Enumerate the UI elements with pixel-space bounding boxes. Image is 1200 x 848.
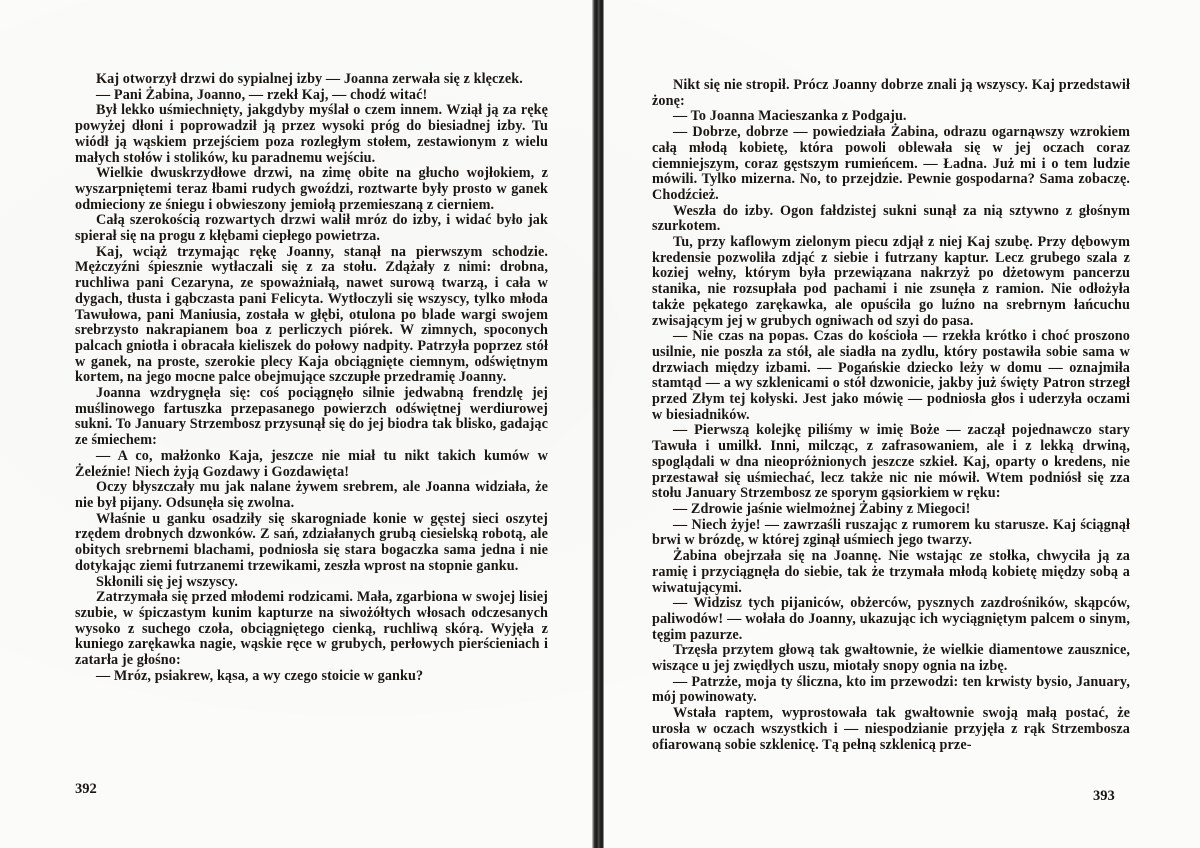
paragraph: Całą szerokością rozwartych drzwi walił … bbox=[75, 213, 548, 244]
paragraph: — Pierwszą kolejkę piliśmy w imię Boże —… bbox=[652, 423, 1130, 502]
paragraph: — Nie czas na popas. Czas do kościoła — … bbox=[652, 329, 1130, 423]
paragraph: Zatrzymała się przed młodemi rodzicami. … bbox=[75, 590, 548, 669]
paragraph: Weszła do izby. Ogon fałdzistej sukni su… bbox=[652, 204, 1130, 235]
paragraph: Kaj, wciąż trzymając rękę Joanny, stanął… bbox=[75, 245, 548, 386]
right-page-text: Nikt się nie stropił. Prócz Joanny dobrz… bbox=[652, 78, 1130, 753]
paragraph: — Mróz, psiakrew, kąsa, a wy czego stoic… bbox=[75, 669, 548, 685]
left-page-text: Kaj otworzył drzwi do sypialnej izby — J… bbox=[75, 72, 548, 684]
book-spine-gutter bbox=[592, 0, 604, 848]
paragraph: Tu, przy kaflowym zielonym piecu zdjął z… bbox=[652, 235, 1130, 329]
right-page: Nikt się nie stropił. Prócz Joanny dobrz… bbox=[652, 0, 1130, 753]
paragraph: Nikt się nie stropił. Prócz Joanny dobrz… bbox=[652, 78, 1130, 109]
paragraph: Żabina obejrzała się na Joannę. Nie wsta… bbox=[652, 549, 1130, 596]
paragraph: Był lekko uśmiechnięty, jakgdyby myślał … bbox=[75, 103, 548, 166]
paragraph: Wielkie dwuskrzydłowe drzwi, na zimę obi… bbox=[75, 166, 548, 213]
paragraph: — To Joanna Macieszanka z Podgaju. bbox=[652, 109, 1130, 125]
paragraph: Oczy błyszczały mu jak nalane żywem sreb… bbox=[75, 480, 548, 511]
paragraph: Wstała raptem, wyprostowała tak gwałtown… bbox=[652, 706, 1130, 753]
book-spread: Kaj otworzył drzwi do sypialnej izby — J… bbox=[0, 0, 1200, 848]
paragraph: — Widzisz tych pijaniców, obżerców, pysz… bbox=[652, 596, 1130, 643]
page-number-right: 393 bbox=[1093, 788, 1115, 805]
paragraph: — A co, małżonko Kaja, jeszcze nie miał … bbox=[75, 449, 548, 480]
paragraph: Właśnie u ganku osadziły się skarogniade… bbox=[75, 512, 548, 575]
paragraph: Trzęsła przytem głową tak gwałtownie, że… bbox=[652, 643, 1130, 674]
paragraph: — Zdrowie jaśnie wielmożnej Żabiny z Mie… bbox=[652, 502, 1130, 518]
left-page: Kaj otworzył drzwi do sypialnej izby — J… bbox=[75, 0, 548, 684]
paragraph: Kaj otworzył drzwi do sypialnej izby — J… bbox=[75, 72, 548, 88]
paragraph: Joanna wzdrygnęła się: coś pociągnęło si… bbox=[75, 386, 548, 449]
paragraph: — Patrzże, moja ty śliczna, kto im przew… bbox=[652, 675, 1130, 706]
paragraph: — Niech żyje! — zawrzaśli ruszając z rum… bbox=[652, 518, 1130, 549]
paragraph: Skłonili się jej wszyscy. bbox=[75, 575, 548, 591]
paragraph: — Dobrze, dobrze — powiedziała Żabina, o… bbox=[652, 125, 1130, 204]
paragraph: — Pani Żabina, Joanno, — rzekł Kaj, — ch… bbox=[75, 88, 548, 104]
page-number-left: 392 bbox=[75, 781, 97, 798]
